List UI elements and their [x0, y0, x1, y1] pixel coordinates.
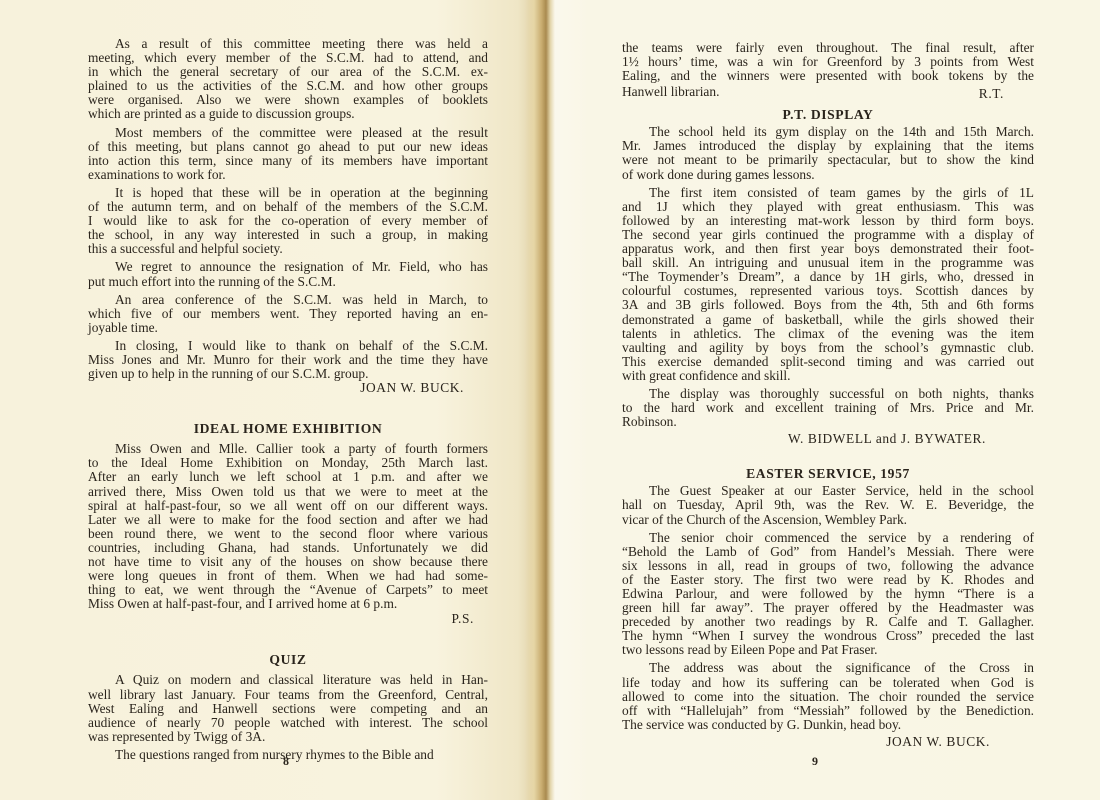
- paragraph: As a result of this committee meeting th…: [88, 37, 488, 122]
- article-section: P.T. DISPLAYThe school held its gym disp…: [622, 107, 1034, 446]
- text-line: vaulting and agility by boys from the sc…: [622, 341, 1034, 355]
- text-line: countries, including Ghana, had stands. …: [88, 541, 488, 555]
- text-line: demonstrated a game of basketball, while…: [622, 313, 1034, 327]
- page-number-left: 8: [283, 754, 289, 769]
- paragraph: In closing, I would like to thank on beh…: [88, 339, 488, 381]
- article-section: IDEAL HOME EXHIBITIONMiss Owen and Mlle.…: [88, 421, 488, 626]
- text-line: The service was conducted by G. Dunkin, …: [622, 718, 1034, 732]
- text-line: six lessons in all, read in groups of tw…: [622, 559, 1034, 573]
- text-line: A Quiz on modern and classical literatur…: [88, 673, 488, 687]
- text-line: well library last January. Four teams fr…: [88, 688, 488, 702]
- paragraph: The display was thoroughly successful on…: [622, 387, 1034, 429]
- text-line: apparatus work, and then first year boys…: [622, 242, 1034, 256]
- text-line: not have time to visit any of the houses…: [88, 555, 488, 569]
- author-signature: P.S.: [88, 612, 488, 626]
- text-line: spiral at half-past-four, so we all went…: [88, 499, 488, 513]
- text-line: We regret to announce the resignation of…: [88, 260, 488, 274]
- paragraph: Most members of the committee were pleas…: [88, 126, 488, 182]
- text-line: talents in athletics. The climax of the …: [622, 327, 1034, 341]
- text-line: which five of our members went. They rep…: [88, 307, 488, 321]
- text-line: This exercise demanded split-second timi…: [622, 355, 1034, 369]
- text-line: West Ealing and Hanwell sections were co…: [88, 702, 488, 716]
- text-line: of the Easter story. The first two were …: [622, 573, 1034, 587]
- text-line: The senior choir commenced the service b…: [622, 531, 1034, 545]
- article-section: the teams were fairly even throughout. T…: [622, 41, 1034, 101]
- text-line: thing to eat, we went through the “Avenu…: [88, 583, 488, 597]
- text-line: vicar of the Church of the Ascension, We…: [622, 513, 1034, 527]
- author-signature: JOAN W. BUCK.: [88, 381, 488, 395]
- text-line: Miss Owen at half-past-four, and I arriv…: [88, 597, 488, 611]
- text-line: in which the general secretary of our ar…: [88, 65, 488, 79]
- text-line: An area conference of the S.C.M. was hel…: [88, 293, 488, 307]
- page-number-right: 9: [812, 754, 818, 769]
- text-line: followed by an interesting mat-work less…: [622, 214, 1034, 228]
- text-line: In closing, I would like to thank on beh…: [88, 339, 488, 353]
- text-line: arrived there, Miss Owen told us that we…: [88, 485, 488, 499]
- text-line: It is hoped that these will be in operat…: [88, 186, 488, 200]
- text-line: preceded by another two readings by R. C…: [622, 615, 1034, 629]
- text-line: were not meant to be primarily spectacul…: [622, 153, 1034, 167]
- text-line: 1½ hours’ time, was a win for Greenford …: [622, 55, 1034, 69]
- text-line: of this meeting, but plans cannot go ahe…: [88, 140, 488, 154]
- text-line: audience of nearly 70 people watched wit…: [88, 716, 488, 730]
- text-line: The second year girls continued the prog…: [622, 228, 1034, 242]
- section-heading: IDEAL HOME EXHIBITION: [88, 421, 488, 437]
- left-page-column: As a result of this committee meeting th…: [88, 37, 488, 766]
- text-line: Robinson.: [622, 415, 1034, 429]
- text-line: the teams were fairly even throughout. T…: [622, 41, 1034, 55]
- text-line: Most members of the committee were pleas…: [88, 126, 488, 140]
- text-line: plained to us the activities of the S.C.…: [88, 79, 488, 93]
- text-line: Hanwell librarian.: [622, 85, 719, 99]
- text-line: put much effort into the running of the …: [88, 275, 488, 289]
- text-line: Mr. James introduced the display by expl…: [622, 139, 1034, 153]
- text-line: The hymn “When I survey the wondrous Cro…: [622, 629, 1034, 643]
- text-line: Miss Jones and Mr. Munro for their work …: [88, 353, 488, 367]
- text-line: meeting, which every member of the S.C.M…: [88, 51, 488, 65]
- text-line: and 1J which they played with great enth…: [622, 200, 1034, 214]
- text-line: been round there, we went to the second …: [88, 527, 488, 541]
- book-spread: As a result of this committee meeting th…: [0, 0, 1100, 800]
- text-line: Ealing, and the winners were presented w…: [622, 69, 1034, 83]
- section-heading: P.T. DISPLAY: [622, 107, 1034, 123]
- text-line: The school held its gym display on the 1…: [622, 125, 1034, 139]
- paragraph: It is hoped that these will be in operat…: [88, 186, 488, 256]
- text-line: to the Ideal Home Exhibition on Monday, …: [88, 456, 488, 470]
- text-line: allowed to come into the situation. The …: [622, 690, 1034, 704]
- text-line: As a result of this committee meeting th…: [88, 37, 488, 51]
- text-line: were long queues in front of them. When …: [88, 569, 488, 583]
- text-line: “The Toymender’s Dream”, a dance by 1H g…: [622, 270, 1034, 284]
- section-heading: QUIZ: [88, 652, 488, 668]
- text-line: which are printed as a guide to discussi…: [88, 107, 488, 121]
- text-line: Miss Owen and Mlle. Callier took a party…: [88, 442, 488, 456]
- paragraph: Miss Owen and Mlle. Callier took a party…: [88, 442, 488, 611]
- author-signature: JOAN W. BUCK.: [622, 735, 1034, 749]
- paragraph: We regret to announce the resignation of…: [88, 260, 488, 288]
- article-section: EASTER SERVICE, 1957The Guest Speaker at…: [622, 466, 1034, 749]
- book-gutter: [525, 0, 555, 800]
- text-line: green hill far away”. The prayer offered…: [622, 601, 1034, 615]
- paragraph: The senior choir commenced the service b…: [622, 531, 1034, 658]
- text-line: two lessons read by Eileen Pope and Pat …: [622, 643, 1034, 657]
- text-line: The Guest Speaker at our Easter Service,…: [622, 484, 1034, 498]
- text-line: of work done during games lessons.: [622, 168, 1034, 182]
- paragraph: The address was about the significance o…: [622, 661, 1034, 731]
- text-line: life today and how its suffering can be …: [622, 676, 1034, 690]
- text-line: given up to help in the running of our S…: [88, 367, 488, 381]
- text-line: Later we all were to make for the food s…: [88, 513, 488, 527]
- text-line: of the autumn term, and on behalf of the…: [88, 200, 488, 214]
- article-section: QUIZA Quiz on modern and classical liter…: [88, 652, 488, 762]
- text-line: colourful costumes, represented various …: [622, 284, 1034, 298]
- author-signature: W. BIDWELL and J. BYWATER.: [622, 432, 1034, 446]
- text-line: into action this term, since many of its…: [88, 154, 488, 168]
- text-line: Edwina Parlour, and were followed by the…: [622, 587, 1034, 601]
- text-line: ball skill. An intriguing and unusual it…: [622, 256, 1034, 270]
- paragraph: The first item consisted of team games b…: [622, 186, 1034, 383]
- text-line: “Behold the Lamb of God” from Handel’s M…: [622, 545, 1034, 559]
- text-line: were organised. Also we were shown examp…: [88, 93, 488, 107]
- text-line: The first item consisted of team games b…: [622, 186, 1034, 200]
- section-heading: EASTER SERVICE, 1957: [622, 466, 1034, 482]
- paragraph: A Quiz on modern and classical literatur…: [88, 673, 488, 743]
- text-line: to the hard work and excellent training …: [622, 401, 1034, 415]
- text-line: off with “Hallelujah” from “Messiah” fol…: [622, 704, 1034, 718]
- text-line: examinations to work for.: [88, 168, 488, 182]
- paragraph: The school held its gym display on the 1…: [622, 125, 1034, 181]
- text-line: this a successful and helpful society.: [88, 242, 488, 256]
- text-line: hall on Tuesday, April 9th, was the Rev.…: [622, 498, 1034, 512]
- text-line: with great confidence and skill.: [622, 369, 1034, 383]
- right-page-column: the teams were fairly even throughout. T…: [622, 41, 1034, 749]
- text-line: joyable time.: [88, 321, 488, 335]
- text-line: 3A and 3B girls followed. Boys from the …: [622, 298, 1034, 312]
- text-line: the school, in any way interested in suc…: [88, 228, 488, 242]
- paragraph: An area conference of the S.C.M. was hel…: [88, 293, 488, 335]
- text-line: The display was thoroughly successful on…: [622, 387, 1034, 401]
- text-line: After an early lunch we left school at 1…: [88, 470, 488, 484]
- text-line: The address was about the significance o…: [622, 661, 1034, 675]
- paragraph: The Guest Speaker at our Easter Service,…: [622, 484, 1034, 526]
- text-line: was represented by Twigg of 3A.: [88, 730, 488, 744]
- article-section: As a result of this committee meeting th…: [88, 37, 488, 395]
- left-page: As a result of this committee meeting th…: [0, 0, 545, 800]
- text-line: I would like to ask for the co-operation…: [88, 214, 488, 228]
